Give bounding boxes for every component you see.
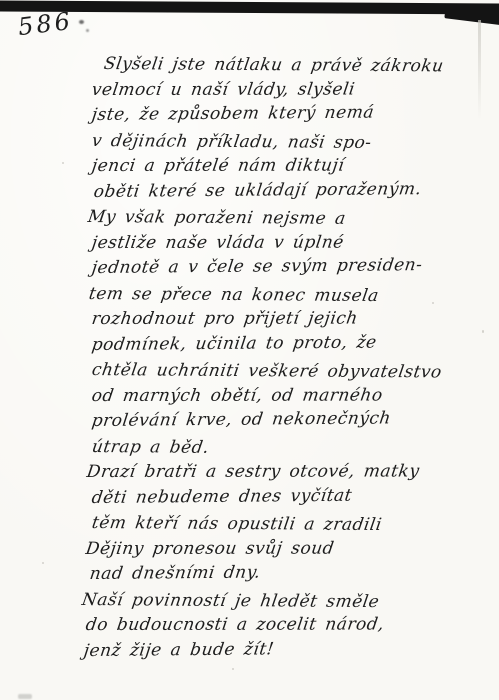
ink-smudge xyxy=(86,29,89,32)
scan-speck xyxy=(42,562,44,564)
manuscript-line: jenci a přátelé nám diktují xyxy=(90,153,473,179)
scan-speck xyxy=(482,330,484,333)
manuscript-line: Drazí bratři a sestry otcové, matky xyxy=(85,459,473,485)
manuscript-line: jestliže naše vláda v úplné xyxy=(90,230,473,256)
manuscript-line: chtěla uchrániti veškeré obyvatelstvo xyxy=(90,358,472,386)
ink-smudge xyxy=(79,20,84,24)
manuscript-line: oběti které se ukládají poraženým. xyxy=(92,176,473,205)
scan-speck xyxy=(62,162,64,164)
manuscript-line: tem se přece na konec musela xyxy=(87,282,472,310)
manuscript-line: rozhodnout pro přijetí jejich xyxy=(90,306,473,332)
manuscript-line: nad dnešními dny. xyxy=(88,559,473,588)
page-number: 586 xyxy=(16,7,74,41)
manuscript-line: podmínek, učinila to proto, že xyxy=(90,329,473,358)
manuscript-line: velmocí u naší vlády, slyšeli xyxy=(90,77,473,103)
scan-speck xyxy=(150,392,153,394)
manuscript-line: útrap a běd. xyxy=(90,435,472,463)
scan-speck xyxy=(232,668,234,670)
manuscript-line: Dějiny pronesou svůj soud xyxy=(84,536,473,562)
manuscript-line: jste, že způsobem který nemá xyxy=(90,100,473,129)
manuscript-line: Slyšeli jste nátlaku a právě zákroku xyxy=(102,52,472,80)
scan-speck xyxy=(432,302,434,304)
manuscript-line: od marných obětí, od marného xyxy=(90,383,473,409)
manuscript-text: Slyšeli jste nátlaku a právě zákrokuvelm… xyxy=(0,52,499,664)
scan-edge-top-band xyxy=(0,0,499,14)
manuscript-line: do budoucnosti a zocelit národ, xyxy=(84,612,473,638)
manuscript-line: prolévání krve, od nekonečných xyxy=(90,406,473,435)
manuscript-line: děti nebudeme dnes vyčítat xyxy=(90,482,473,511)
scan-smudge-bottom xyxy=(18,694,32,699)
manuscript-line: jednotě a v čele se svým presiden- xyxy=(90,253,473,282)
scanned-page: 586 Slyšeli jste nátlaku a právě zákroku… xyxy=(0,0,499,700)
manuscript-line: těm kteří nás opustili a zradili xyxy=(90,511,472,539)
manuscript-line: My však poraženi nejsme a xyxy=(86,205,472,233)
manuscript-line: v dějinách příkladu, naši spo- xyxy=(90,129,472,157)
manuscript-line: jenž žije a bude žít! xyxy=(82,635,473,664)
